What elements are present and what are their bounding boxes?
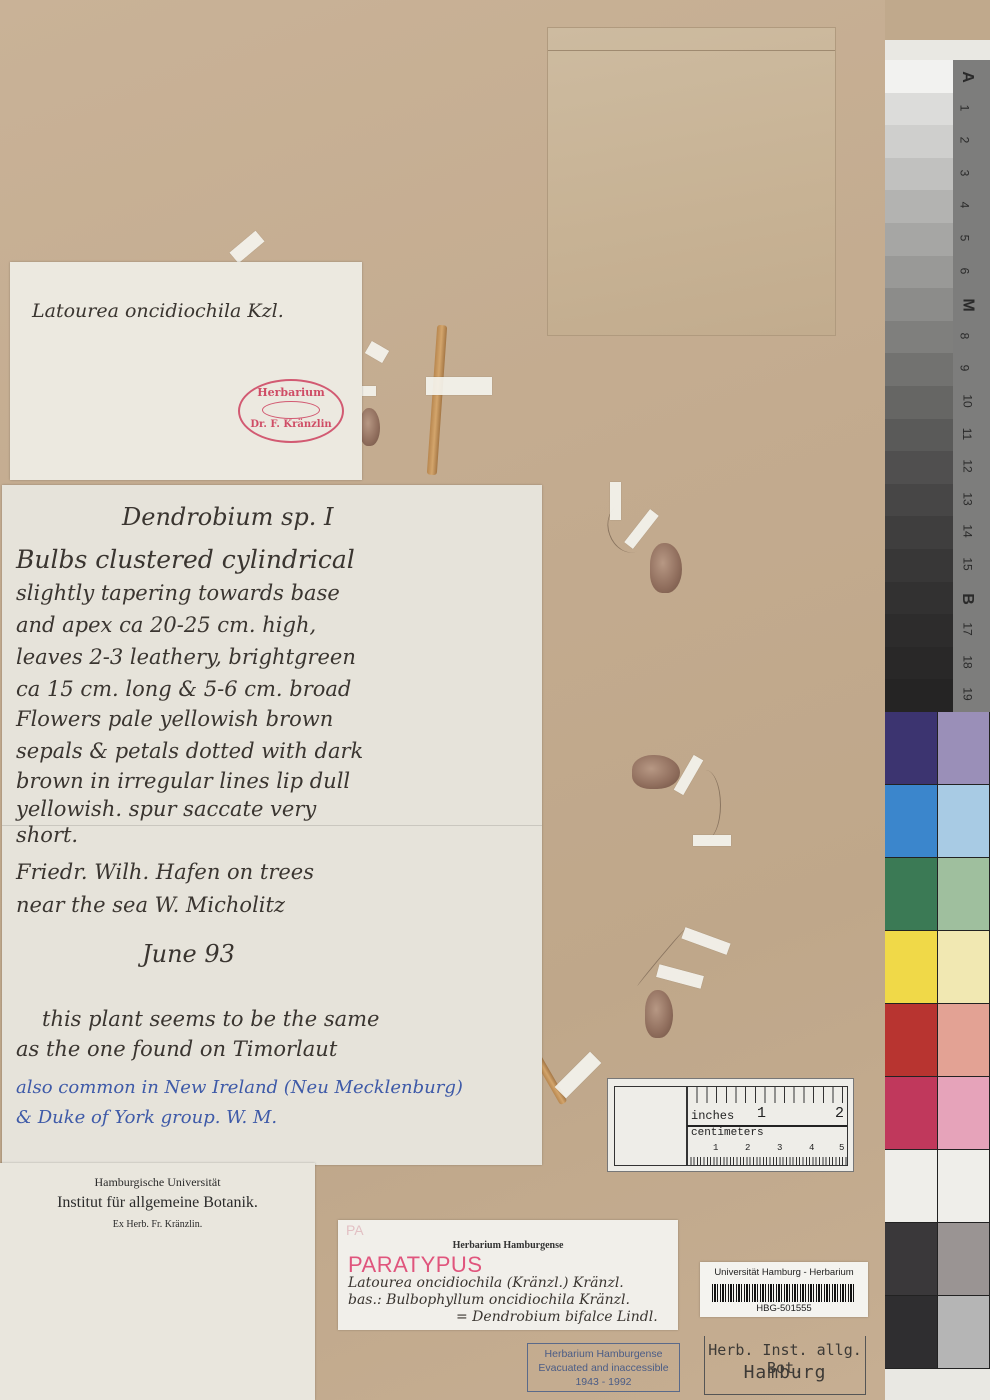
barcode-label: Universität Hamburg - Herbarium HBG-5015… [700, 1262, 868, 1317]
gray-step-label: 12 [961, 460, 975, 473]
evacuation-stamp: Herbarium Hamburgense Evacuated and inac… [527, 1343, 680, 1392]
color-swatch [938, 1150, 990, 1222]
fragment-envelope [547, 27, 836, 336]
institute-label: Hamburgische Universität Institut für al… [0, 1163, 315, 1400]
gray-step [885, 582, 953, 615]
gray-step [885, 93, 953, 126]
color-swatch [885, 1150, 938, 1222]
gray-step [885, 190, 953, 223]
color-swatch [938, 1077, 990, 1149]
mounting-tape [426, 377, 492, 395]
dried-flower [632, 755, 680, 789]
gray-step-label: 13 [961, 492, 975, 505]
gray-step-label: 6 [957, 267, 971, 274]
gray-step-label: 3 [957, 169, 971, 176]
letter-blue-note: also common in New Ireland (Neu Mecklenb… [16, 1077, 463, 1098]
gray-step-label: B [958, 593, 976, 605]
gray-step-label: 17 [961, 623, 975, 636]
gray-step-label: 9 [957, 365, 971, 372]
gray-step [885, 386, 953, 419]
gray-step-label: A [958, 71, 976, 83]
letter-line: leaves 2-3 leathery, brightgreen [16, 645, 356, 669]
gray-step [885, 60, 953, 93]
mounting-tape [693, 835, 731, 846]
color-swatch [938, 858, 990, 930]
swatch-row [885, 1223, 990, 1296]
field-notes-letter: Dendrobium sp. I Bulbs clustered cylindr… [2, 485, 542, 1165]
gray-step [885, 288, 953, 321]
color-swatch [885, 858, 938, 930]
barcode-icon [712, 1284, 856, 1302]
cm-ticks [687, 1157, 847, 1165]
gray-step-label: 18 [961, 655, 975, 668]
gray-step [885, 419, 953, 452]
dried-flower [645, 990, 673, 1038]
letter-line: Dendrobium sp. I [122, 503, 334, 531]
institute-rubber-stamp: Herb. Inst. allg. Bot. Hamburg [704, 1336, 866, 1395]
gray-step-label: 11 [960, 427, 974, 439]
paratype-label: PA Herbarium Hamburgense PARATYPUS Latou… [338, 1220, 678, 1330]
institute-line: Ex Herb. Fr. Kränzlin. [0, 1219, 315, 1230]
letter-line: yellowish. spur saccate very [16, 797, 316, 821]
gray-step-label: 4 [957, 202, 971, 209]
swatch-row [885, 858, 990, 931]
gray-step [885, 125, 953, 158]
color-swatch [885, 1296, 938, 1368]
gray-step-label: 19 [961, 688, 975, 701]
inch-ticks [687, 1087, 847, 1103]
gray-scale-strip [885, 60, 953, 712]
letter-line: sepals & petals dotted with dark [16, 739, 363, 763]
letter-line: this plant seems to be the same [42, 1007, 379, 1031]
gray-step [885, 614, 953, 647]
barcode-id: HBG-501555 [700, 1303, 868, 1314]
swatch-row [885, 931, 990, 1004]
collector-signature: near the sea W. Micholitz [16, 893, 285, 917]
color-swatch [938, 712, 990, 784]
gray-step [885, 223, 953, 256]
determination-label: Latourea oncidiochila Kzl. Herbarium Dr.… [10, 262, 362, 480]
handwritten-taxon-name: Latourea oncidiochila Kzl. [32, 300, 284, 322]
paratype-line: Latourea oncidiochila (Kränzl.) Kränzl. [348, 1275, 624, 1291]
color-swatch [885, 931, 938, 1003]
institute-line: Institut für allgemeine Botanik. [0, 1194, 315, 1212]
swatch-row [885, 1004, 990, 1077]
swatch-row [885, 1077, 990, 1150]
swatch-row [885, 1150, 990, 1223]
paratype-line: bas.: Bulbophyllum oncidiochila Kränzl. [348, 1292, 630, 1308]
gray-step-label: 2 [957, 137, 971, 144]
color-swatch [938, 1223, 990, 1295]
gray-step [885, 158, 953, 191]
gray-step [885, 549, 953, 582]
letter-line: ca 15 cm. long & 5-6 cm. broad [16, 677, 351, 701]
gray-step [885, 647, 953, 680]
gray-step [885, 679, 953, 712]
barcode-title: Universität Hamburg - Herbarium [700, 1267, 868, 1278]
mounting-tape [610, 482, 621, 520]
gray-step-label: 15 [961, 557, 975, 570]
paratype-header: Herbarium Hamburgense [338, 1240, 678, 1251]
color-swatch [885, 1004, 938, 1076]
gray-step-label: 5 [957, 235, 971, 242]
letter-line: brown in irregular lines lip dull [16, 769, 350, 793]
letter-line: and apex ca 20-25 cm. high, [16, 613, 316, 637]
color-swatch [938, 1004, 990, 1076]
swatch-row [885, 712, 990, 785]
color-swatch [938, 785, 990, 857]
letter-blue-note: & Duke of York group. W. M. [16, 1107, 277, 1128]
letter-line: Friedr. Wilh. Hafen on trees [16, 860, 314, 884]
inches-label: inches [691, 1109, 734, 1123]
faint-stamp: PA [346, 1222, 364, 1238]
envelope-flap [548, 28, 835, 51]
swatch-row [885, 785, 990, 858]
scale-ruler: inches 1 2 centimeters 1 2 3 4 5 [607, 1078, 854, 1172]
gray-scale-labels: A123456M89101112131415B171819 [953, 60, 990, 712]
gray-step-label: M [959, 299, 977, 312]
mounting-tape [362, 386, 376, 396]
gray-step [885, 321, 953, 354]
color-swatch [938, 1296, 990, 1368]
gray-step [885, 256, 953, 289]
gray-step-label: 8 [957, 332, 971, 339]
letter-line: slightly tapering towards base [16, 581, 340, 605]
gray-step [885, 353, 953, 386]
color-swatch [885, 785, 938, 857]
gray-step-label: 1 [957, 104, 971, 111]
gray-step [885, 516, 953, 549]
letter-line: short. [16, 823, 78, 847]
swatch-row [885, 1296, 990, 1369]
paratype-line: = Dendrobium bifalce Lindl. [456, 1309, 658, 1325]
dried-flower [360, 408, 380, 446]
gray-step-label: 14 [961, 525, 975, 538]
color-swatch [885, 1077, 938, 1149]
color-swatch [938, 931, 990, 1003]
gray-step [885, 484, 953, 517]
color-swatches [885, 712, 990, 1369]
flower-pedicel [690, 770, 721, 840]
collection-date: June 93 [142, 940, 235, 968]
color-calibration-chart: A123456M89101112131415B171819 [885, 40, 990, 1400]
gray-step-label: 10 [961, 394, 975, 407]
color-swatch [885, 712, 938, 784]
letter-line: Bulbs clustered cylindrical [16, 545, 355, 574]
kranzlin-herbarium-stamp: Herbarium Dr. F. Kränzlin [238, 379, 344, 443]
institute-line: Hamburgische Universität [0, 1175, 315, 1190]
letter-line: Flowers pale yellowish brown [16, 707, 333, 731]
centimeters-label: centimeters [691, 1127, 764, 1139]
dried-flower [650, 543, 682, 593]
color-swatch [885, 1223, 938, 1295]
letter-line: as the one found on Timorlaut [16, 1037, 337, 1061]
gray-step [885, 451, 953, 484]
